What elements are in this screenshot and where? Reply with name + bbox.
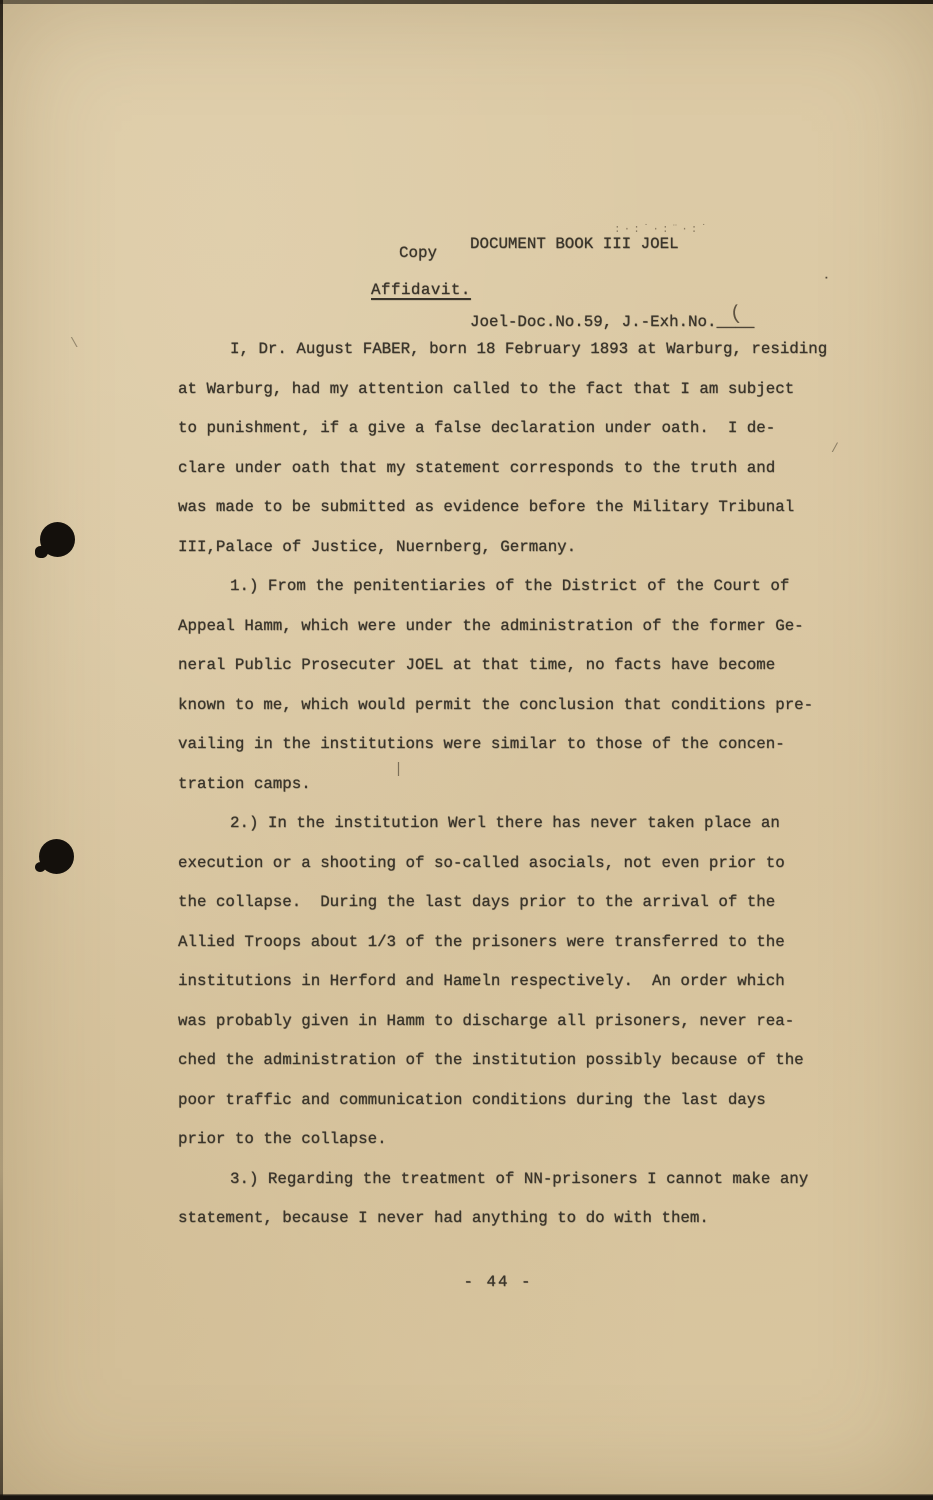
page-number: - 44 - <box>178 1263 818 1302</box>
body-line: was probably given in Hamm to discharge … <box>178 1002 838 1042</box>
ink-speck: ˙ <box>821 276 832 296</box>
body-line: at Warburg, had my attention called to t… <box>178 370 838 410</box>
document-book-title: DOCUMENT BOOK III JOEL <box>470 231 754 257</box>
body-line: institutions in Herford and Hameln respe… <box>178 962 838 1002</box>
page-edge-top <box>0 0 933 4</box>
body-line: known to me, which would permit the conc… <box>178 686 838 726</box>
ink-speck: | <box>394 761 403 778</box>
body-line: prior to the collapse. <box>178 1120 838 1160</box>
ink-speck: \ <box>70 336 78 352</box>
page-edge-left <box>0 0 3 1500</box>
body-line: 3.) Regarding the treatment of NN-prison… <box>178 1160 838 1200</box>
body-line: vailing in the institutions were similar… <box>178 725 838 765</box>
scanned-affidavit-page: DOCUMENT BOOK III JOEL Joel-Doc.No.59, J… <box>0 0 933 1500</box>
overstruck-erased-text: :·:˙·:¨·:˙ <box>614 224 710 236</box>
body-line: ched the administration of the instituti… <box>178 1041 838 1081</box>
ink-speck: ( <box>729 302 743 326</box>
body-line: was made to be submitted as evidence bef… <box>178 488 838 528</box>
body-line: I, Dr. August FABER, born 18 February 18… <box>178 330 838 370</box>
body-line: the collapse. During the last days prior… <box>178 883 838 923</box>
copy-label: Copy <box>399 240 437 266</box>
body-line: statement, because I never had anything … <box>178 1199 838 1239</box>
body-line: poor traffic and communication condition… <box>178 1081 838 1121</box>
body-line: execution or a shooting of so-called aso… <box>178 844 838 884</box>
body-line: neral Public Prosecuter JOEL at that tim… <box>178 646 838 686</box>
ink-speck: / <box>831 441 839 456</box>
body-line: 2.) In the institution Werl there has ne… <box>178 804 838 844</box>
page-edge-bottom <box>0 1494 933 1500</box>
body-line: 1.) From the penitentiaries of the Distr… <box>178 567 838 607</box>
body-line: Appeal Hamm, which were under the admini… <box>178 607 838 647</box>
hole-punch-bottom-blot <box>35 862 46 872</box>
body-line: Allied Troops about 1/3 of the prisoners… <box>178 923 838 963</box>
affidavit-body: I, Dr. August FABER, born 18 February 18… <box>178 330 838 1239</box>
body-line: tration camps. <box>178 765 838 805</box>
body-line: III,Palace of Justice, Nuernberg, German… <box>178 528 838 568</box>
hole-punch-top-blot <box>35 546 48 558</box>
body-line: to punishment, if a give a false declara… <box>178 409 838 449</box>
affidavit-title: Affidavit. <box>371 277 471 303</box>
body-line: clare under oath that my statement corre… <box>178 449 838 489</box>
